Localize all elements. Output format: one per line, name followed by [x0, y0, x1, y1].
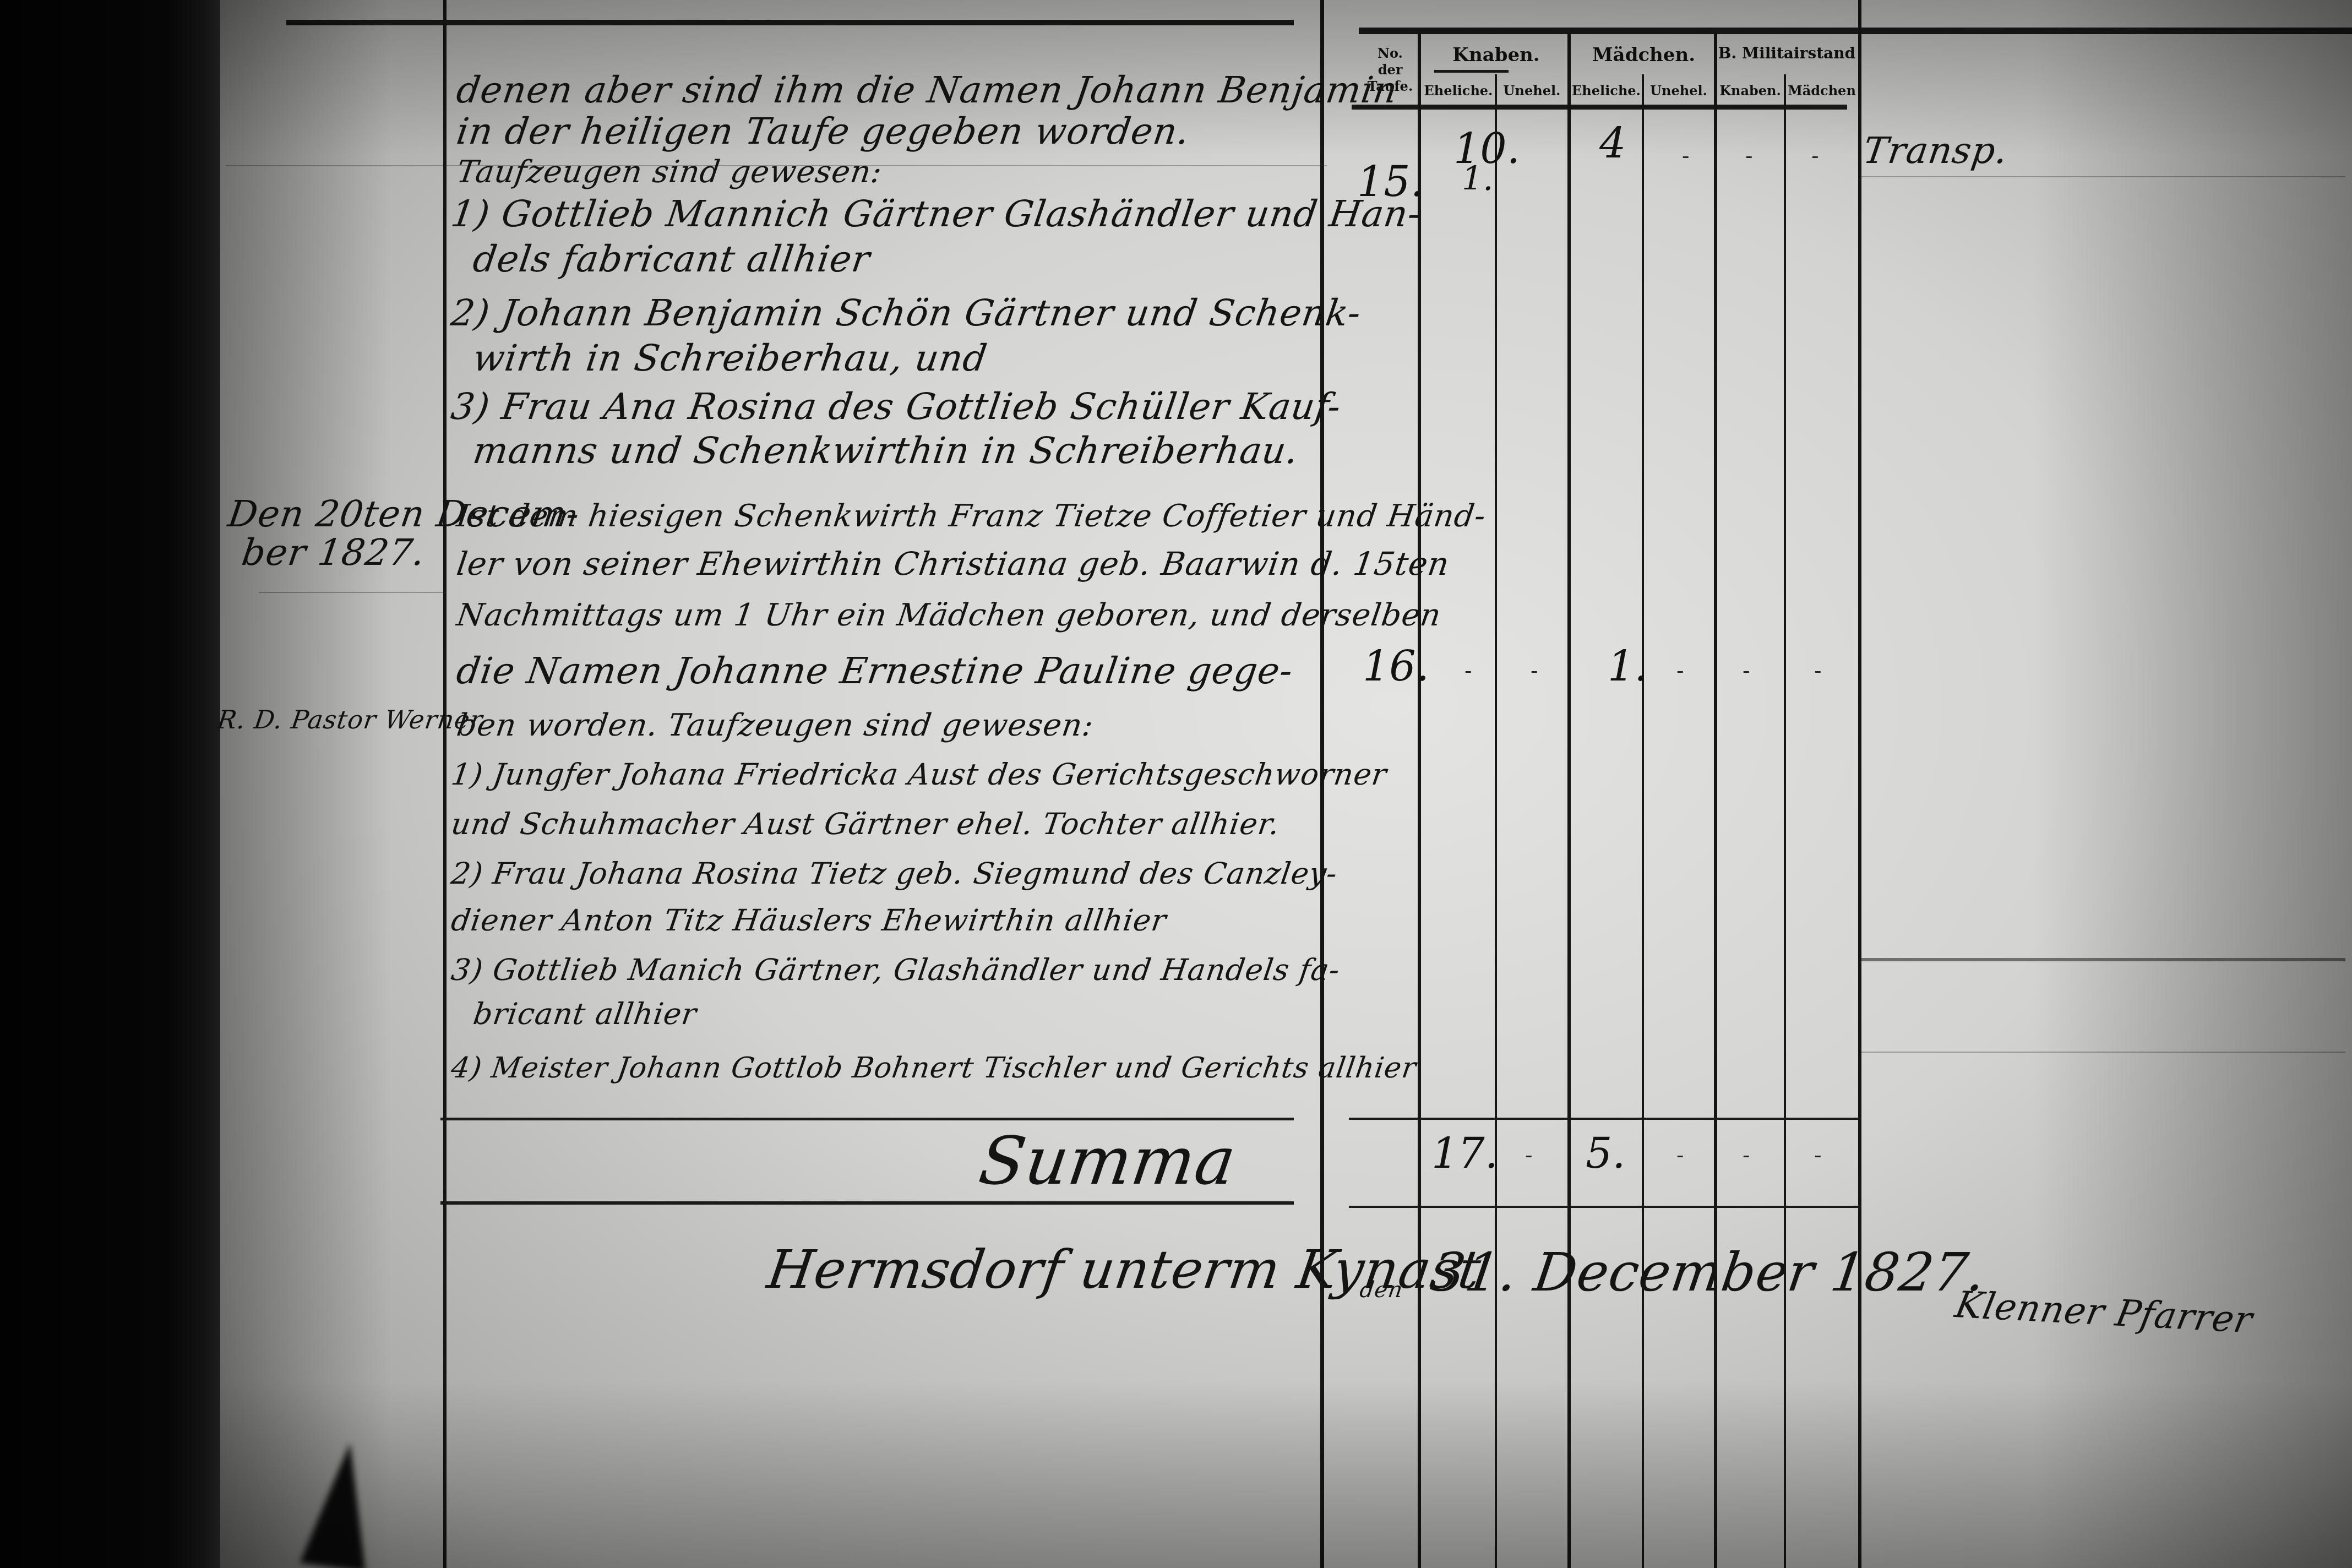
- header-maedchen-ehel: Eheliche.: [1572, 83, 1641, 99]
- left-margin-rule: [443, 0, 447, 1568]
- col-knaben-right: [1567, 33, 1571, 1568]
- entry-line: bricant allhier: [471, 997, 699, 1031]
- microfilm-border: [0, 0, 220, 1568]
- header-maedchen: Mädchen.: [1574, 44, 1714, 66]
- table-top-rule: [1359, 28, 2352, 34]
- entry-line: 2) Frau Johana Rosina Tietz geb. Siegmun…: [449, 856, 1340, 891]
- row-summa-maedchen-unehel: -: [1676, 1142, 1684, 1168]
- col-mil-mid: [1784, 74, 1786, 1568]
- header-maedchen-unehel: Unehel.: [1645, 83, 1712, 99]
- entry-line: manns und Schenkwirthin in Schreiberhau.: [471, 429, 1302, 472]
- row-16-knaben-ehel: -: [1464, 658, 1472, 683]
- row-summa-mil-maedchen: -: [1814, 1142, 1822, 1168]
- margin-officiant: R. D. Pastor Werner: [215, 705, 484, 734]
- top-rule-left: [286, 20, 1294, 25]
- transport-note: Transp.: [1861, 129, 2011, 172]
- row-16-maedchen-unehel: -: [1676, 658, 1684, 683]
- entry-line: 2) Johann Benjamin Schön Gärtner und Sch…: [449, 292, 1364, 334]
- col-maedchen-right: [1714, 33, 1717, 1568]
- entry-line: die Namen Johanne Ernestine Pauline gege…: [454, 650, 1296, 692]
- entry-line: 3) Gottlieb Manich Gärtner, Glashändler …: [449, 952, 1343, 987]
- header-mil-knaben: Knaben.: [1718, 83, 1783, 99]
- entry-line: 3) Frau Ana Rosina des Gottlieb Schüller…: [449, 385, 1344, 428]
- ruled-line-right: [1861, 176, 2345, 177]
- entry-line: ler von seiner Ehewirthin Christiana geb…: [454, 545, 1452, 582]
- col-maedchen-mid: [1642, 74, 1644, 1568]
- summa-rule-top: [440, 1118, 1294, 1120]
- summa-table-rule-bottom: [1349, 1206, 1861, 1208]
- row-16-no: 16.: [1363, 641, 1429, 690]
- col-no-right: [1418, 33, 1421, 1568]
- entry-line: Taufzeugen sind gewesen:: [454, 154, 884, 190]
- header-militairstand: B. Militairstand: [1717, 44, 1857, 62]
- row-16-maedchen-ehel: 1.: [1608, 641, 1648, 690]
- entry-line: 4) Meister Johann Gottlob Bohnert Tischl…: [449, 1052, 1419, 1085]
- ruled-line-right-3: [1861, 1052, 2345, 1053]
- summa-label: Summa: [974, 1123, 1240, 1200]
- margin-divider: [259, 592, 446, 593]
- entry-line: diener Anton Titz Häuslers Ehewirthin al…: [449, 903, 1169, 938]
- row-transport-mil-maedchen: -: [1811, 143, 1819, 168]
- ruled-line-right-2: [1861, 958, 2345, 961]
- col-knaben-mid: [1495, 74, 1497, 1568]
- row-transport-dash: -: [1682, 143, 1690, 168]
- entry-line: dels fabricant allhier: [471, 238, 873, 280]
- margin-date-line2: ber 1827.: [239, 531, 428, 574]
- row-summa-mil-knaben: -: [1743, 1142, 1750, 1168]
- row-transport-no: 15.: [1357, 157, 1424, 206]
- row-16-knaben-unehel: -: [1531, 658, 1538, 683]
- row-transport-maedchen-ehel: 4: [1599, 118, 1626, 167]
- header-knaben-ehel: Eheliche.: [1423, 83, 1494, 99]
- row-transport-mil-knaben: -: [1745, 143, 1753, 168]
- header-no: No.: [1365, 45, 1415, 62]
- entry-line: Ist dem hiesigen Schenkwirth Franz Tietz…: [454, 498, 1488, 534]
- col-mil-right: [1858, 0, 1861, 1568]
- entry-line: in der heiligen Taufe gegeben worden.: [454, 110, 1193, 153]
- header-knaben: Knaben.: [1426, 44, 1566, 66]
- header-mil-maedchen: Mädchen: [1787, 83, 1857, 99]
- row-summa-maedchen-ehel: 5.: [1586, 1129, 1626, 1178]
- entry-line: 1) Jungfer Johana Friedricka Aust des Ge…: [449, 757, 1390, 792]
- closing-date-prefix: den: [1358, 1277, 1405, 1303]
- header-knaben-unehel: Unehel.: [1498, 83, 1566, 99]
- entry-line: ben worden. Taufzeugen sind gewesen:: [454, 707, 1096, 743]
- entry-line: und Schuhmacher Aust Gärtner ehel. Tocht…: [449, 807, 1282, 841]
- knaben-sub-rule: [1434, 70, 1509, 73]
- row-summa-knaben-ehel: 17.: [1431, 1129, 1498, 1178]
- table-header-rule: [1352, 105, 1847, 110]
- row-transport-knaben-unehel: 1.: [1462, 160, 1493, 198]
- row-16-mil-maedchen: -: [1814, 658, 1822, 683]
- row-summa-knaben-unehel: -: [1525, 1142, 1533, 1168]
- closing-date: 31. December 1827.: [1427, 1242, 1990, 1303]
- summa-rule-bottom: [440, 1201, 1294, 1205]
- entry-line: Nachmittags um 1 Uhr ein Mädchen geboren…: [454, 597, 1443, 633]
- entry-line: denen aber sind ihm die Namen Johann Ben…: [454, 69, 1401, 111]
- row-16-mil-knaben: -: [1743, 658, 1750, 683]
- entry-line: 1) Gottlieb Mannich Gärtner Glashändler …: [449, 193, 1424, 235]
- entry-line: wirth in Schreiberhau, und: [471, 337, 990, 379]
- summa-table-rule-top: [1349, 1118, 1861, 1120]
